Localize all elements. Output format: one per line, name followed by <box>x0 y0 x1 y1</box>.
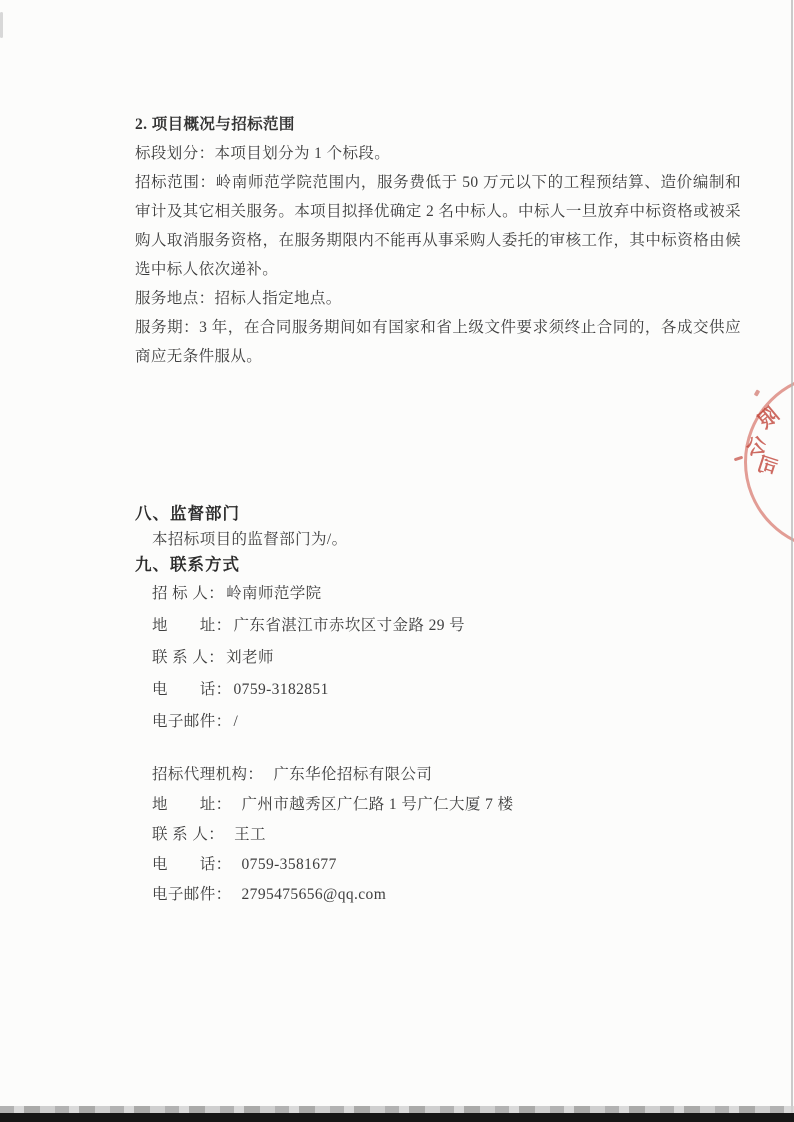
scan-black-border <box>0 1113 794 1122</box>
paragraph-lot-division: 标段划分：本项目划分为 1 个标段。 <box>135 139 741 168</box>
scan-edge-line <box>791 0 793 1122</box>
section-project-overview: 2. 项目概况与招标范围 标段划分：本项目划分为 1 个标段。 招标范围：岭南师… <box>135 110 741 371</box>
contact-value: 刘老师 <box>226 649 274 666</box>
contact-label: 联 系 人： <box>152 826 224 843</box>
contact-value: 广州市越秀区广仁路 1 号广仁大厦 7 楼 <box>242 796 514 813</box>
scanned-document-page: 2. 项目概况与招标范围 标段划分：本项目划分为 1 个标段。 招标范围：岭南师… <box>0 0 794 1122</box>
paragraph-service-location: 服务地点：招标人指定地点。 <box>135 284 741 313</box>
contact-row-tenderer-email: 电子邮件：/ <box>152 706 465 738</box>
contact-row-agency-phone: 电 话：0759-3581677 <box>152 850 513 880</box>
contact-row-agency-address: 地 址：广州市越秀区广仁路 1 号广仁大厦 7 楼 <box>152 790 513 820</box>
contact-label: 地 址： <box>152 617 232 634</box>
seal-ink-speck <box>754 389 760 396</box>
contact-value: 0759-3581677 <box>242 856 337 873</box>
contact-label: 电子邮件： <box>152 886 232 903</box>
contact-value: 2795475656@qq.com <box>242 886 387 903</box>
heading-contact-info: 九、联系方式 <box>135 551 240 575</box>
contact-row-tenderer-name: 招 标 人：岭南师范学院 <box>152 578 465 610</box>
contact-row-tenderer-phone: 电 话：0759-3182851 <box>152 674 465 706</box>
contact-row-tenderer-person: 联 系 人：刘老师 <box>152 642 465 674</box>
contact-label: 电 话： <box>152 681 232 698</box>
contact-row-agency-name: 招标代理机构：广东华伦招标有限公司 <box>152 760 513 790</box>
contact-label: 招 标 人： <box>152 585 224 602</box>
paragraph-bidding-scope: 招标范围：岭南师范学院范围内，服务费低于 50 万元以下的工程预结算、造价编制和… <box>135 168 741 284</box>
contact-value: 0759-3182851 <box>234 681 329 698</box>
contact-value: 广东省湛江市赤坎区寸金路 29 号 <box>234 617 466 634</box>
contact-value: 广东华伦招标有限公司 <box>273 766 432 783</box>
paragraph-service-period: 服务期：3 年，在合同服务期间如有国家和省上级文件要求须终止合同的，各成交供应商… <box>135 313 741 371</box>
contact-value: 王工 <box>234 826 266 843</box>
contact-row-tenderer-address: 地 址：广东省湛江市赤坎区寸金路 29 号 <box>152 610 465 642</box>
contact-label: 电子邮件： <box>152 713 232 730</box>
contact-value: / <box>234 713 239 730</box>
tenderer-contact-block: 招 标 人：岭南师范学院 地 址：广东省湛江市赤坎区寸金路 29 号 联 系 人… <box>152 578 465 738</box>
section-overview-title: 2. 项目概况与招标范围 <box>135 110 741 139</box>
scan-edge-smudge <box>0 12 3 38</box>
supervision-department-text: 本招标项目的监督部门为/。 <box>152 527 348 549</box>
heading-supervision-department: 八、监督部门 <box>135 500 240 524</box>
contact-label: 电 话： <box>152 856 232 873</box>
contact-row-agency-person: 联 系 人：王工 <box>152 820 513 850</box>
seal-ink-mark <box>734 456 743 462</box>
contact-label: 联 系 人： <box>152 649 224 666</box>
contact-value: 岭南师范学院 <box>226 585 321 602</box>
contact-row-agency-email: 电子邮件：2795475656@qq.com <box>152 880 513 910</box>
contact-label: 地 址： <box>152 796 232 813</box>
agency-contact-block: 招标代理机构：广东华伦招标有限公司 地 址：广州市越秀区广仁路 1 号广仁大厦 … <box>152 760 513 910</box>
contact-label: 招标代理机构： <box>152 766 263 783</box>
